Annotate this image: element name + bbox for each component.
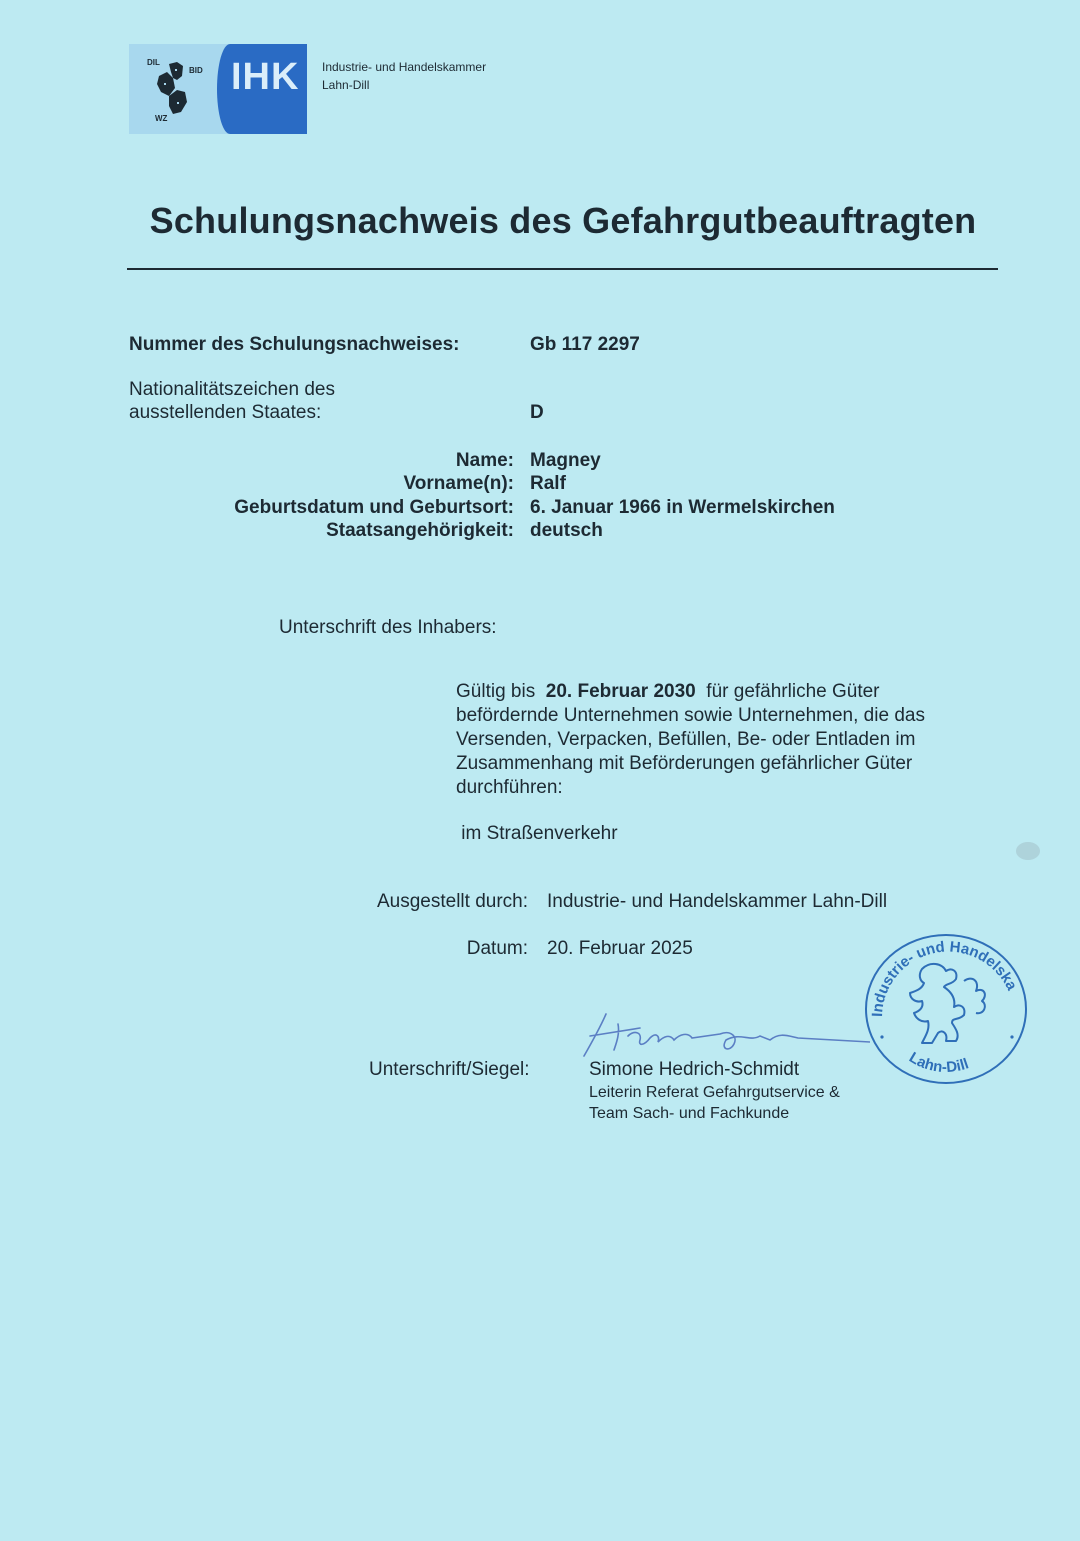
- validity-line2: befördernde Unternehmen sowie Unternehme…: [456, 704, 976, 728]
- first-name-label: Vorname(n):: [128, 472, 514, 495]
- nationality-label-line2: ausstellenden Staates:: [129, 401, 321, 424]
- svg-text:Lahn-Dill: Lahn-Dill: [906, 1049, 971, 1076]
- holder-signature-label: Unterschrift des Inhabers:: [279, 616, 497, 639]
- certificate-number-label: Nummer des Schulungsnachweises:: [129, 333, 460, 356]
- organization-name: Industrie- und Handelskammer Lahn-Dill: [322, 58, 486, 94]
- nationality-citizenship-value: deutsch: [530, 519, 603, 542]
- org-name-line1: Industrie- und Handelskammer: [322, 58, 486, 76]
- handwritten-signature: [570, 1006, 870, 1066]
- certificate-number-value: Gb 117 2297: [530, 333, 640, 356]
- birth-value: 6. Januar 1966 in Wermelskirchen: [530, 496, 835, 519]
- birth-label: Geburtsdatum und Geburtsort:: [128, 496, 514, 519]
- issued-by-label: Ausgestellt durch:: [300, 890, 528, 913]
- page-title: Schulungsnachweis des Gefahrgutbeauftrag…: [0, 200, 1080, 242]
- svg-text:Industrie- und Handelskammer: Industrie- und Handelskammer: [860, 925, 1020, 1017]
- validity-line4: Zusammenhang mit Beförderungen gefährlic…: [456, 752, 976, 776]
- district-label-wz: WZ: [155, 114, 167, 123]
- district-label-dil: DIL: [147, 58, 160, 67]
- seal-bottom-text: Lahn-Dill: [906, 1049, 971, 1076]
- nationality-citizenship-label: Staatsangehörigkeit:: [128, 519, 514, 542]
- org-name-line2: Lahn-Dill: [322, 76, 486, 94]
- lion-icon: [910, 964, 985, 1043]
- signatory-title-line1: Leiterin Referat Gefahrgutservice &: [589, 1082, 840, 1103]
- validity-line3: Versenden, Verpacken, Befüllen, Be- oder…: [456, 728, 976, 752]
- signature-seal-label: Unterschrift/Siegel:: [369, 1058, 530, 1081]
- date-label: Datum:: [300, 937, 528, 960]
- validity-line5: durchführen:: [456, 776, 976, 800]
- issued-by-value: Industrie- und Handelskammer Lahn-Dill: [547, 890, 887, 913]
- date-value: 20. Februar 2025: [547, 937, 693, 960]
- transport-mode: im Straßenverkehr: [456, 822, 976, 846]
- validity-prefix: Gültig bis: [456, 681, 546, 702]
- name-label: Name:: [128, 449, 514, 472]
- validity-statement: Gültig bis 20. Februar 2030 für gefährli…: [456, 680, 976, 846]
- signatory-name: Simone Hedrich-Schmidt: [589, 1058, 799, 1081]
- signatory-title-line2: Team Sach- und Fachkunde: [589, 1103, 789, 1124]
- ihk-logo: DIL BID WZ IHK: [129, 44, 307, 134]
- nationality-value: D: [530, 401, 544, 424]
- logo-brand-text: IHK: [231, 56, 299, 99]
- district-label-bid: BID: [189, 66, 203, 75]
- logo-map-panel: DIL BID WZ: [129, 44, 229, 134]
- name-value: Magney: [530, 449, 601, 472]
- validity-date: 20. Februar 2030: [546, 681, 696, 702]
- validity-line1-rest: für gefährliche Güter: [696, 681, 880, 702]
- first-name-value: Ralf: [530, 472, 566, 495]
- nationality-label-line1: Nationalitätszeichen des: [129, 378, 335, 401]
- official-seal: Industrie- und Handelskammer Lahn-Dill: [860, 925, 1030, 1085]
- title-divider: [127, 268, 998, 270]
- paper-blemish: [1016, 842, 1040, 860]
- seal-top-text: Industrie- und Handelskammer: [860, 925, 1020, 1017]
